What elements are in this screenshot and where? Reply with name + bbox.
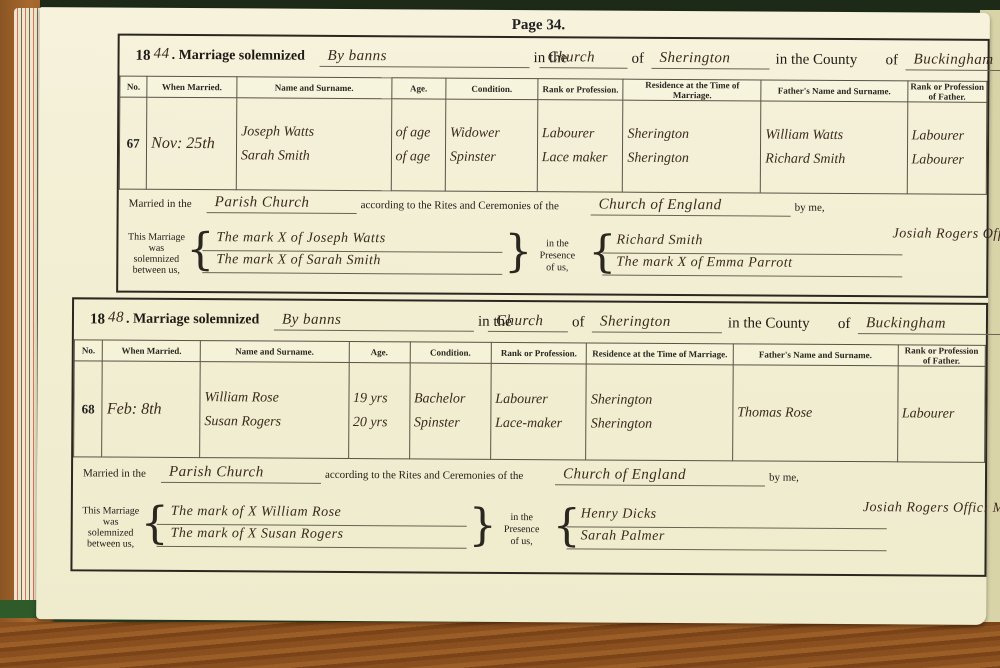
text-field: Sherington — [660, 50, 731, 67]
text-field: solemnized — [126, 254, 186, 265]
rites-label: according to the Rites and Ceremonies of… — [325, 469, 523, 482]
register-page: Page 34. 18 44 . Marriage solemnized By … — [36, 7, 990, 625]
text-field: This Marriage — [81, 505, 141, 516]
officiant-signature: Josiah Rogers Offic: Minister — [849, 500, 1000, 521]
column-header: When Married. — [147, 76, 237, 98]
text-field: was — [126, 243, 186, 254]
brace-right: } — [504, 230, 532, 274]
rites-label: according to the Rites and Ceremonies of… — [361, 199, 559, 212]
wooden-table — [0, 622, 1000, 668]
register-table: No.When Married.Name and Surname.Age.Con… — [119, 76, 988, 195]
text-field: Spinster — [450, 145, 533, 170]
solemnized-by-field: By banns — [274, 312, 474, 332]
county-field: Buckingham — [858, 315, 1000, 335]
married-in-label: Married in the — [129, 198, 192, 210]
year-suffix: 44 — [154, 46, 170, 63]
of-label: of — [632, 51, 645, 68]
text-field: Josiah Rogers Offic: Minister — [863, 500, 1000, 517]
text-field: was — [81, 516, 141, 527]
text-field: Lace maker — [542, 146, 619, 170]
text-field: Richard Smith — [616, 233, 703, 250]
text-field: of age — [396, 121, 441, 145]
witness-signature: Sarah Palmer — [567, 528, 887, 551]
married-in-field: Parish Church — [207, 194, 357, 214]
text-field: solemnized — [81, 527, 141, 538]
column-header: Age. — [349, 341, 410, 362]
ages-cell: 19 yrs20 yrs — [348, 362, 410, 458]
text-field: Richard Smith — [765, 147, 902, 172]
party-signature: The mark of X Susan Rogers — [157, 526, 467, 549]
column-header: Rank or Profession. — [538, 79, 624, 101]
brace-right: } — [469, 504, 497, 548]
place-type-field: Church — [488, 313, 568, 332]
text-field: Presence — [497, 524, 547, 536]
entry-number: 68 — [74, 361, 103, 457]
text-field: Nov: 25th — [151, 131, 232, 155]
fathers-cell: William WattsRichard Smith — [761, 101, 908, 194]
table-row: 68 Feb: 8th William RoseSusan Rogers 19 … — [74, 361, 986, 463]
text-field: Parish Church — [215, 194, 310, 212]
text-field: Labourer — [902, 402, 981, 426]
in-presence-label: in thePresenceof us, — [497, 512, 547, 548]
county-of-label: of — [886, 52, 899, 69]
entry-header: 18 48 . Marriage solemnized By banns in … — [84, 305, 976, 338]
text-field: Bachelor — [414, 387, 486, 411]
witness-signature: The mark X of Emma Parrott — [602, 255, 902, 278]
solemnized-between-label: This Marriagewassolemnizedbetween us, — [126, 232, 186, 276]
married-in-field: Parish Church — [161, 464, 321, 484]
year-prefix: 18 — [136, 48, 151, 65]
place-field: Sherington — [652, 50, 770, 70]
married-in-label: Married in the — [83, 467, 146, 479]
column-header: Age. — [391, 78, 445, 99]
text-field: Sarah Palmer — [581, 528, 665, 545]
text-field: Feb: 8th — [107, 397, 196, 422]
place-field: Sherington — [592, 313, 722, 333]
conditions-cell: BachelorSpinster — [409, 363, 491, 459]
column-header: Father's Name and Surname. — [733, 344, 898, 366]
text-field: Church — [548, 49, 596, 66]
text-field: Sherington — [627, 122, 756, 147]
text-field: Henry Dicks — [581, 506, 657, 522]
text-field: The mark of X Susan Rogers — [171, 526, 344, 543]
by-me-label: by me, — [795, 202, 825, 214]
column-header: Residence at the Time of Marriage. — [587, 343, 734, 365]
ages-cell: of ageof age — [391, 99, 446, 191]
text-field: Lace-maker — [495, 411, 582, 436]
text-field: Sherington — [591, 412, 729, 437]
text-field: William Watts — [765, 123, 902, 148]
witness-signature: Henry Dicks — [567, 506, 887, 529]
column-header: Condition. — [446, 78, 538, 100]
text-field: in the — [497, 512, 547, 524]
county-field: Buckingham — [906, 51, 1000, 71]
text-field: Buckingham — [914, 51, 994, 68]
text-field: Labourer — [495, 387, 582, 412]
text-field: Church of England — [599, 197, 722, 215]
entry-number: 67 — [119, 97, 147, 189]
text-field: of us, — [497, 536, 547, 548]
text-field: This Marriage — [126, 232, 186, 243]
text-field: Susan Rogers — [204, 410, 344, 435]
column-header: Residence at the Time of Marriage. — [623, 79, 761, 101]
text-field: Josiah Rogers Offic: Minister — [892, 226, 1000, 243]
residences-cell: SheringtonSherington — [586, 364, 733, 461]
text-field: Sherington — [627, 146, 756, 171]
year-suffix: 48 — [108, 310, 124, 327]
text-field: Labourer — [912, 124, 983, 148]
text-field: 19 yrs — [353, 387, 405, 411]
names-cell: Joseph WattsSarah Smith — [236, 98, 391, 191]
when-married-cell: Nov: 25th — [146, 97, 236, 190]
marriage-solemnized-label: . Marriage solemnized — [126, 312, 259, 329]
column-header: Condition. — [410, 342, 491, 363]
page-number: Page 34. — [512, 17, 565, 34]
residences-cell: SheringtonSherington — [623, 100, 761, 193]
father-professions-cell: LabourerLabourer — [907, 102, 987, 194]
column-header: When Married. — [103, 340, 201, 362]
text-field: The mark X of Joseph Watts — [216, 230, 385, 247]
place-type-field: Church — [540, 49, 628, 69]
column-header: Name and Surname. — [237, 77, 392, 99]
solemnized-by-field: By banns — [320, 48, 530, 68]
father-professions-cell: Labourer — [897, 366, 985, 463]
when-married-cell: Feb: 8th — [102, 361, 200, 458]
conditions-cell: WidowerSpinster — [445, 99, 537, 192]
text-field: of us, — [532, 262, 582, 274]
party-signature: The mark of X William Rose — [157, 504, 467, 527]
text-field: Labourer — [911, 148, 982, 172]
text-field: Spinster — [414, 411, 486, 435]
text-field: in the — [532, 238, 582, 250]
text-field: Buckingham — [866, 315, 946, 332]
text-field: Thomas Rose — [737, 401, 893, 426]
text-field: between us, — [81, 538, 141, 549]
married-in-row: Married in the Parish Church according t… — [129, 194, 977, 223]
year-prefix: 18 — [90, 311, 105, 328]
column-header: No. — [74, 340, 103, 361]
text-field: Church of England — [563, 466, 686, 484]
text-field: The mark X of Sarah Smith — [216, 252, 381, 269]
in-presence-label: in thePresenceof us, — [532, 238, 582, 274]
witness-signature: Richard Smith — [602, 233, 902, 256]
entry-header: 18 44 . Marriage solemnized By banns in … — [129, 42, 977, 75]
marriage-entry-68: 18 48 . Marriage solemnized By banns in … — [70, 297, 988, 577]
county-label: in the County — [776, 52, 858, 69]
names-cell: William RoseSusan Rogers — [200, 362, 349, 459]
party-signature: The mark X of Sarah Smith — [202, 252, 502, 275]
text-field: Sherington — [600, 314, 671, 331]
marriage-solemnized-label: . Marriage solemnized — [172, 48, 305, 65]
column-header: Rank or Profession of Father. — [898, 345, 986, 367]
text-field: of age — [395, 145, 440, 169]
text-field: Labourer — [542, 122, 619, 146]
professions-cell: LabourerLace-maker — [490, 363, 586, 460]
county-of-label: of — [838, 316, 851, 333]
text-field: Presence — [532, 250, 582, 262]
rites-field: Church of England — [555, 466, 765, 486]
county-label: in the County — [728, 315, 810, 332]
column-header: Name and Surname. — [200, 341, 349, 363]
text-field: The mark of X William Rose — [171, 504, 342, 521]
register-table: No.When Married.Name and Surname.Age.Con… — [73, 339, 986, 463]
professions-cell: LabourerLace maker — [537, 100, 623, 193]
text-field: By banns — [328, 48, 388, 65]
officiant-signature: Josiah Rogers Offic: Minister — [878, 226, 1000, 247]
column-header: Rank or Profession of Father. — [907, 81, 987, 102]
text-field: William Rose — [204, 386, 344, 411]
solemnized-between-label: This Marriagewassolemnizedbetween us, — [81, 505, 141, 549]
text-field: Parish Church — [169, 464, 264, 482]
column-header: Rank or Profession. — [491, 342, 587, 364]
text-field: 20 yrs — [353, 411, 405, 435]
by-me-label: by me, — [769, 472, 799, 484]
text-field: Sarah Smith — [241, 144, 387, 169]
text-field: Joseph Watts — [241, 120, 387, 145]
text-field: By banns — [282, 312, 342, 329]
married-in-row: Married in the Parish Church according t… — [83, 463, 975, 492]
text-field: Sherington — [591, 388, 729, 413]
fathers-cell: Thomas Rose — [732, 365, 897, 462]
of-label: of — [572, 314, 585, 331]
text-field: The mark X of Emma Parrott — [616, 255, 792, 272]
column-header: No. — [120, 76, 147, 97]
text-field: Widower — [450, 121, 533, 146]
marriage-entry-67: 18 44 . Marriage solemnized By banns in … — [116, 34, 990, 298]
text-field: between us, — [126, 265, 186, 276]
rites-field: Church of England — [591, 196, 791, 216]
party-signature: The mark X of Joseph Watts — [202, 230, 502, 253]
table-row: 67 Nov: 25th Joseph WattsSarah Smith of … — [119, 97, 987, 194]
column-header: Father's Name and Surname. — [761, 80, 907, 102]
text-field: Church — [496, 313, 544, 330]
